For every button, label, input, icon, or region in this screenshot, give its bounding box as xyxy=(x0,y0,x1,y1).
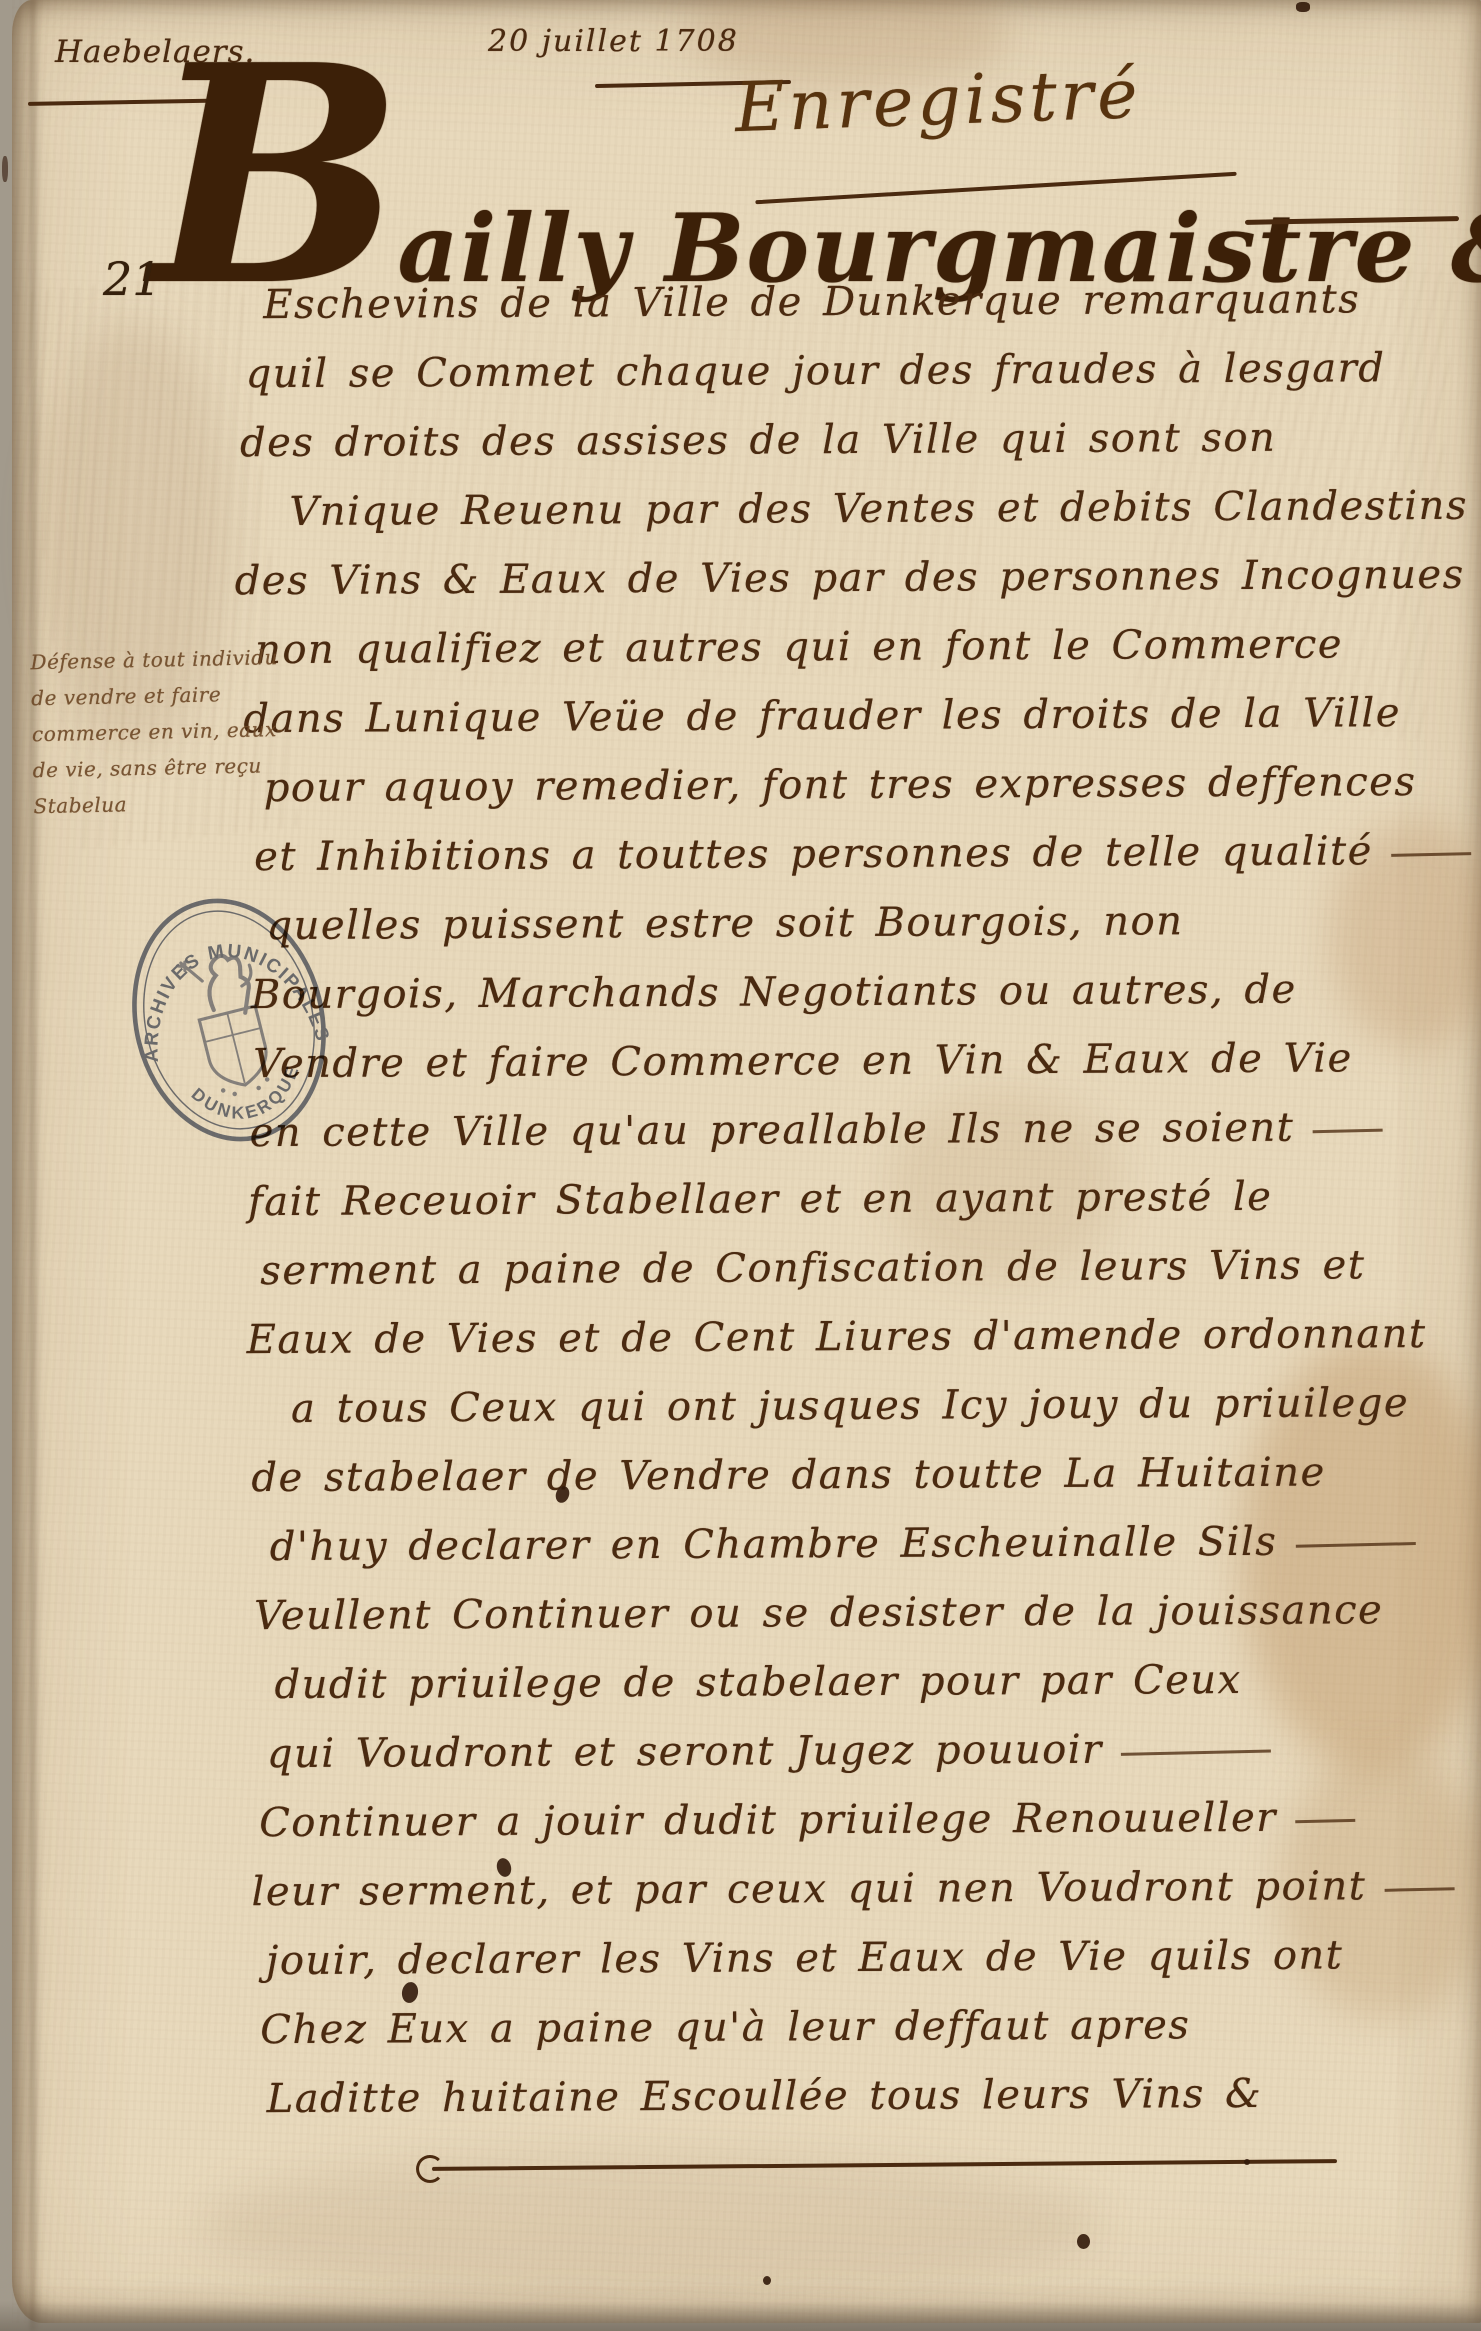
ink-blot xyxy=(1296,2,1310,12)
manuscript-line: Vnique Reuenu par des Ventes et debits C… xyxy=(289,472,1466,547)
manuscript-line: quil se Commet chaque jour des fraudes à… xyxy=(245,334,1465,409)
margin-note-line: Défense à tout individu xyxy=(30,640,246,680)
manuscript-line: pour aquoy remedier, font tres expresses… xyxy=(264,748,1468,823)
manuscript-line: leur serment, et par ceux qui nen Voudro… xyxy=(251,1852,1473,1927)
margin-note-line: commerce en vin, eaux- xyxy=(32,712,248,752)
margin-note: Défense à tout individude vendre et fair… xyxy=(30,640,249,824)
margin-note-line: de vendre et faire xyxy=(31,676,247,716)
svg-text:DUNKERQUE: DUNKERQUE xyxy=(184,1057,312,1135)
manuscript-line: Veullent Continuer ou se desister de la … xyxy=(254,1576,1472,1651)
manuscript-line: jouir, declarer les Vins et Eaux de Vie … xyxy=(266,1921,1474,1996)
margin-note-line: de vie, sans être reçu xyxy=(32,748,248,788)
manuscript-line: Chez Eux a paine qu'à leur deffaut apres xyxy=(260,1990,1474,2065)
stamp-bottom-text: DUNKERQUE xyxy=(184,1057,312,1135)
manuscript-line: qui Voudront et seront Jugez pouuoir xyxy=(267,1714,1473,1789)
ink-blot xyxy=(2,156,8,182)
manuscript-line: fait Receuoir Stabellaer et en ayant pre… xyxy=(248,1162,1470,1237)
paper-bottom-edge xyxy=(0,2301,1481,2331)
manuscript-line: et Inhibitions a touttes personnes de te… xyxy=(254,817,1468,892)
margin-note-line: Stabelua xyxy=(33,784,249,824)
manuscript-line: en cette Ville qu'au preallable Ils ne s… xyxy=(249,1093,1469,1168)
manuscript-document: Haebelaers. 20 juillet 1708 Enregistré B… xyxy=(0,0,1481,2331)
ink-blot xyxy=(763,2276,771,2285)
manuscript-line: non qualifiez et autres qui en font le C… xyxy=(255,610,1467,685)
folio-number: 21 xyxy=(103,252,162,306)
manuscript-line: serment a paine de Confiscation de leurs… xyxy=(260,1231,1470,1306)
manuscript-line: Vendre et faire Commerce en Vin & Eaux d… xyxy=(253,1024,1469,1099)
manuscript-line: Eschevins de la Ville de Dunkerque remar… xyxy=(263,265,1465,340)
manuscript-line: Laditte huitaine Escoullée tous leurs Vi… xyxy=(267,2059,1475,2134)
manuscript-line: Bourgois, Marchands Negotiants ou autres… xyxy=(251,955,1469,1030)
ink-blot xyxy=(1077,2234,1090,2249)
manuscript-line: des Vins & Eaux de Vies par des personne… xyxy=(235,541,1467,616)
manuscript-line: d'huy declarer en Chambre Escheuinalle S… xyxy=(270,1507,1472,1582)
manuscript-line: des droits des assises de la Ville qui s… xyxy=(240,403,1466,478)
manuscript-line: de stabelaer de Vendre dans toutte La Hu… xyxy=(251,1438,1471,1513)
manuscript-line: a tous Ceux qui ont jusques Icy jouy du … xyxy=(291,1369,1471,1444)
manuscript-line: Eaux de Vies et de Cent Liures d'amende … xyxy=(247,1300,1471,1375)
ink-blot xyxy=(1244,2159,1250,2165)
manuscript-line: dudit priuilege de stabelaer pour par Ce… xyxy=(274,1645,1472,1720)
manuscript-line: quelles puissent estre soit Bourgois, no… xyxy=(266,886,1468,961)
manuscript-line: Continuer a jouir dudit priuilege Renouu… xyxy=(259,1783,1473,1858)
paper-crease xyxy=(30,0,40,2331)
manuscript-line: dans Lunique Veüe de frauder les droits … xyxy=(243,679,1467,754)
manuscript-body: Eschevins de la Ville de Dunkerque remar… xyxy=(233,265,1475,2134)
